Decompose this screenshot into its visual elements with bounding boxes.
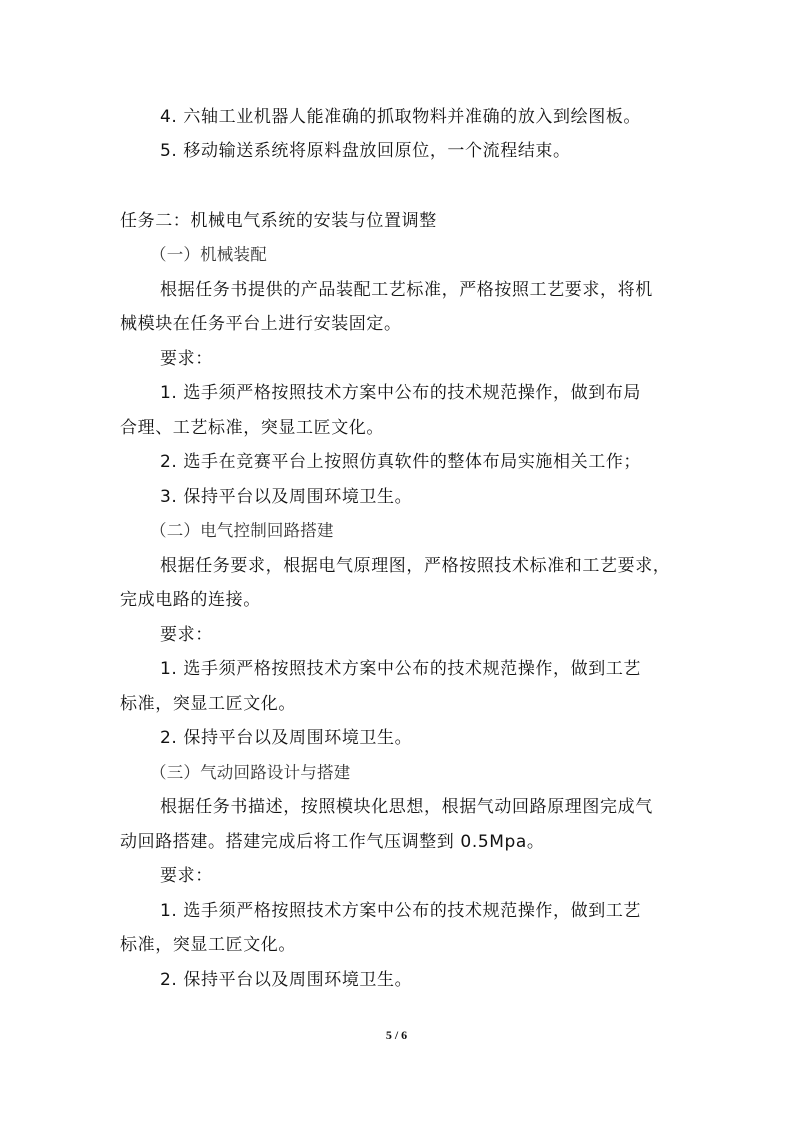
page-number: 5 / 6	[0, 1028, 793, 1043]
text-line: 完成电路的连接。	[120, 589, 680, 611]
text-line: 5. 移动输送系统将原料盘放回原位，一个流程结束。	[160, 140, 720, 162]
text-line: 任务二：机械电气系统的安装与位置调整	[120, 210, 680, 232]
text-line: 1. 选手须严格按照技术方案中公布的技术规范操作，做到布局	[160, 382, 720, 404]
text-line: 1. 选手须严格按照技术方案中公布的技术规范操作，做到工艺	[160, 658, 720, 680]
text-line: 动回路搭建。搭建完成后将工作气压调整到 0.5Mpa。	[120, 831, 680, 853]
text-line: 4. 六轴工业机器人能准确的抓取物料并准确的放入到绘图板。	[160, 106, 720, 128]
text-line: 合理、工艺标准，突显工匠文化。	[120, 417, 680, 439]
text-line: 械模块在任务平台上进行安装固定。	[120, 313, 680, 335]
text-line: 根据任务书描述，按照模块化思想，根据气动回路原理图完成气	[160, 796, 720, 818]
text-line: 2. 选手在竞赛平台上按照仿真软件的整体布局实施相关工作；	[160, 451, 720, 473]
text-line: 1. 选手须严格按照技术方案中公布的技术规范操作，做到工艺	[160, 900, 720, 922]
text-line: 要求：	[160, 865, 720, 887]
text-line: 要求：	[160, 348, 720, 370]
text-line: 3. 保持平台以及周围环境卫生。	[160, 486, 720, 508]
text-line: 标准，突显工匠文化。	[120, 693, 680, 715]
section-heading: （二）电气控制回路搭建	[150, 520, 710, 542]
text-line: 要求：	[160, 624, 720, 646]
text-line: 2. 保持平台以及周围环境卫生。	[160, 969, 720, 991]
section-heading: （一）机械装配	[150, 244, 710, 266]
text-line: 2. 保持平台以及周围环境卫生。	[160, 727, 720, 749]
text-line: 根据任务书提供的产品装配工艺标准，严格按照工艺要求，将机	[160, 279, 720, 301]
text-line: 标准，突显工匠文化。	[120, 934, 680, 956]
text-line: 根据任务要求，根据电气原理图，严格按照技术标准和工艺要求，	[160, 555, 720, 577]
document-page: 4. 六轴工业机器人能准确的抓取物料并准确的放入到绘图板。5. 移动输送系统将原…	[0, 0, 793, 1122]
section-heading: （三）气动回路设计与搭建	[150, 762, 710, 784]
